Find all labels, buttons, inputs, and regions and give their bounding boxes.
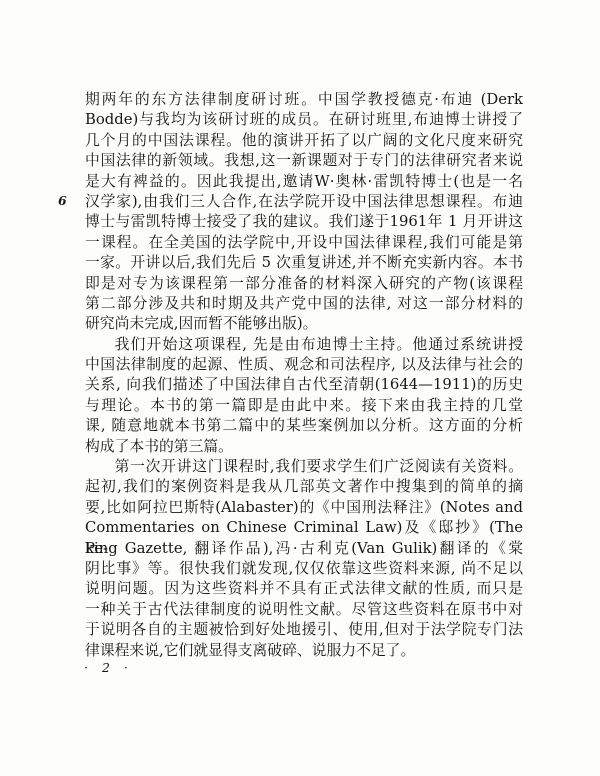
book-page: 6 期两年的东方法律制度研讨班。中国学教授德克·布迪 (DerkBodde)与我… <box>0 0 600 776</box>
text-line: 阴比事》等。很快我们就发现,仅仅依靠这些资料来源, 尚不足以 <box>85 559 523 579</box>
text-line: 课, 随意地就本书第二篇中的某些案例加以分析。这方面的分析 <box>85 416 523 436</box>
text-line: 一课程。在全美国的法学院中,开设中国法律课程,我们可能是第 <box>85 233 523 253</box>
text-line: 汉学家),由我们三人合作,在法学院开设中国法律思想课程。布迪 <box>85 192 523 212</box>
text-line: 博士与雷凯特博士接受了我的建议。我们遂于1961年 1 月开讲这 <box>85 212 523 232</box>
text-line: 是大有裨益的。因此我提出,邀请W·奥林·雷凯特博士(也是一名 <box>85 172 523 192</box>
text-line: 律课程来说,它们就显得支离破碎、说服力不足了。 <box>85 641 523 661</box>
text-line: 与理论。本书的第一篇即是由此中来。接下来由我主持的几堂 <box>85 396 523 416</box>
text-line: 说明问题。因为这些资料并不具有正式法律文献的性质, 而只是 <box>85 579 523 599</box>
text-line: king Gazette, 翻译作品),冯·古利克(Van Gulik)翻译的《… <box>85 539 523 559</box>
text-line: 我们开始这项课程, 先是由布迪博士主持。他通过系统讲授 <box>85 335 523 355</box>
text-line: 即是对专为该课程第一部分准备的材料深入研究的产物(该课程 <box>85 274 523 294</box>
text-line: 第二部分涉及共和时期及共产党中国的法律, 对这一部分材料的 <box>85 294 523 314</box>
text-line: 关系, 向我们描述了中国法律自古代至清朝(1644—1911)的历史 <box>85 375 523 395</box>
text-line: Bodde)与我均为该研讨班的成员。在研讨班里,布迪博士讲授了 <box>85 110 523 130</box>
text-line: 一种关于古代法律制度的说明性文献。尽管这些资料在原书中对 <box>85 600 523 620</box>
text-line: 研究尚未完成,因而暂不能够出版)。 <box>85 314 523 334</box>
text-line: 期两年的东方法律制度研讨班。中国学教授德克·布迪 (Derk <box>85 90 523 110</box>
page-number: · 2 · <box>84 660 133 675</box>
text-line: 于说明各自的主题被恰到好处地援引、使用,但对于法学院专门法 <box>85 620 523 640</box>
text-block: 期两年的东方法律制度研讨班。中国学教授德克·布迪 (DerkBodde)与我均为… <box>85 90 523 661</box>
text-line: Commentaries on Chinese Criminal Law)及《邸… <box>85 518 523 538</box>
text-line: 一家。开讲以后,我们先后 5 次重复讲述,并不断充实新内容。本书 <box>85 253 523 273</box>
text-line: 构成了本书的第三篇。 <box>85 437 523 457</box>
text-line: 中国法律制度的起源、性质、观念和司法程序, 以及法律与社会的 <box>85 355 523 375</box>
text-line: 要,比如阿拉巴斯特(Alabaster)的《中国刑法释注》(Notes and <box>85 498 523 518</box>
text-line: 中国法律的新领域。我想,这一新课题对于专门的法律研究者来说 <box>85 151 523 171</box>
margin-line-number: 6 <box>58 193 67 208</box>
text-line: 起初,我们的案例资料是我从几部英文著作中搜集到的简单的摘 <box>85 477 523 497</box>
text-line: 第一次开讲这门课程时,我们要求学生们广泛阅读有关资料。 <box>85 457 523 477</box>
text-line: 几个月的中国法课程。他的演讲开拓了以广阔的文化尺度来研究 <box>85 131 523 151</box>
